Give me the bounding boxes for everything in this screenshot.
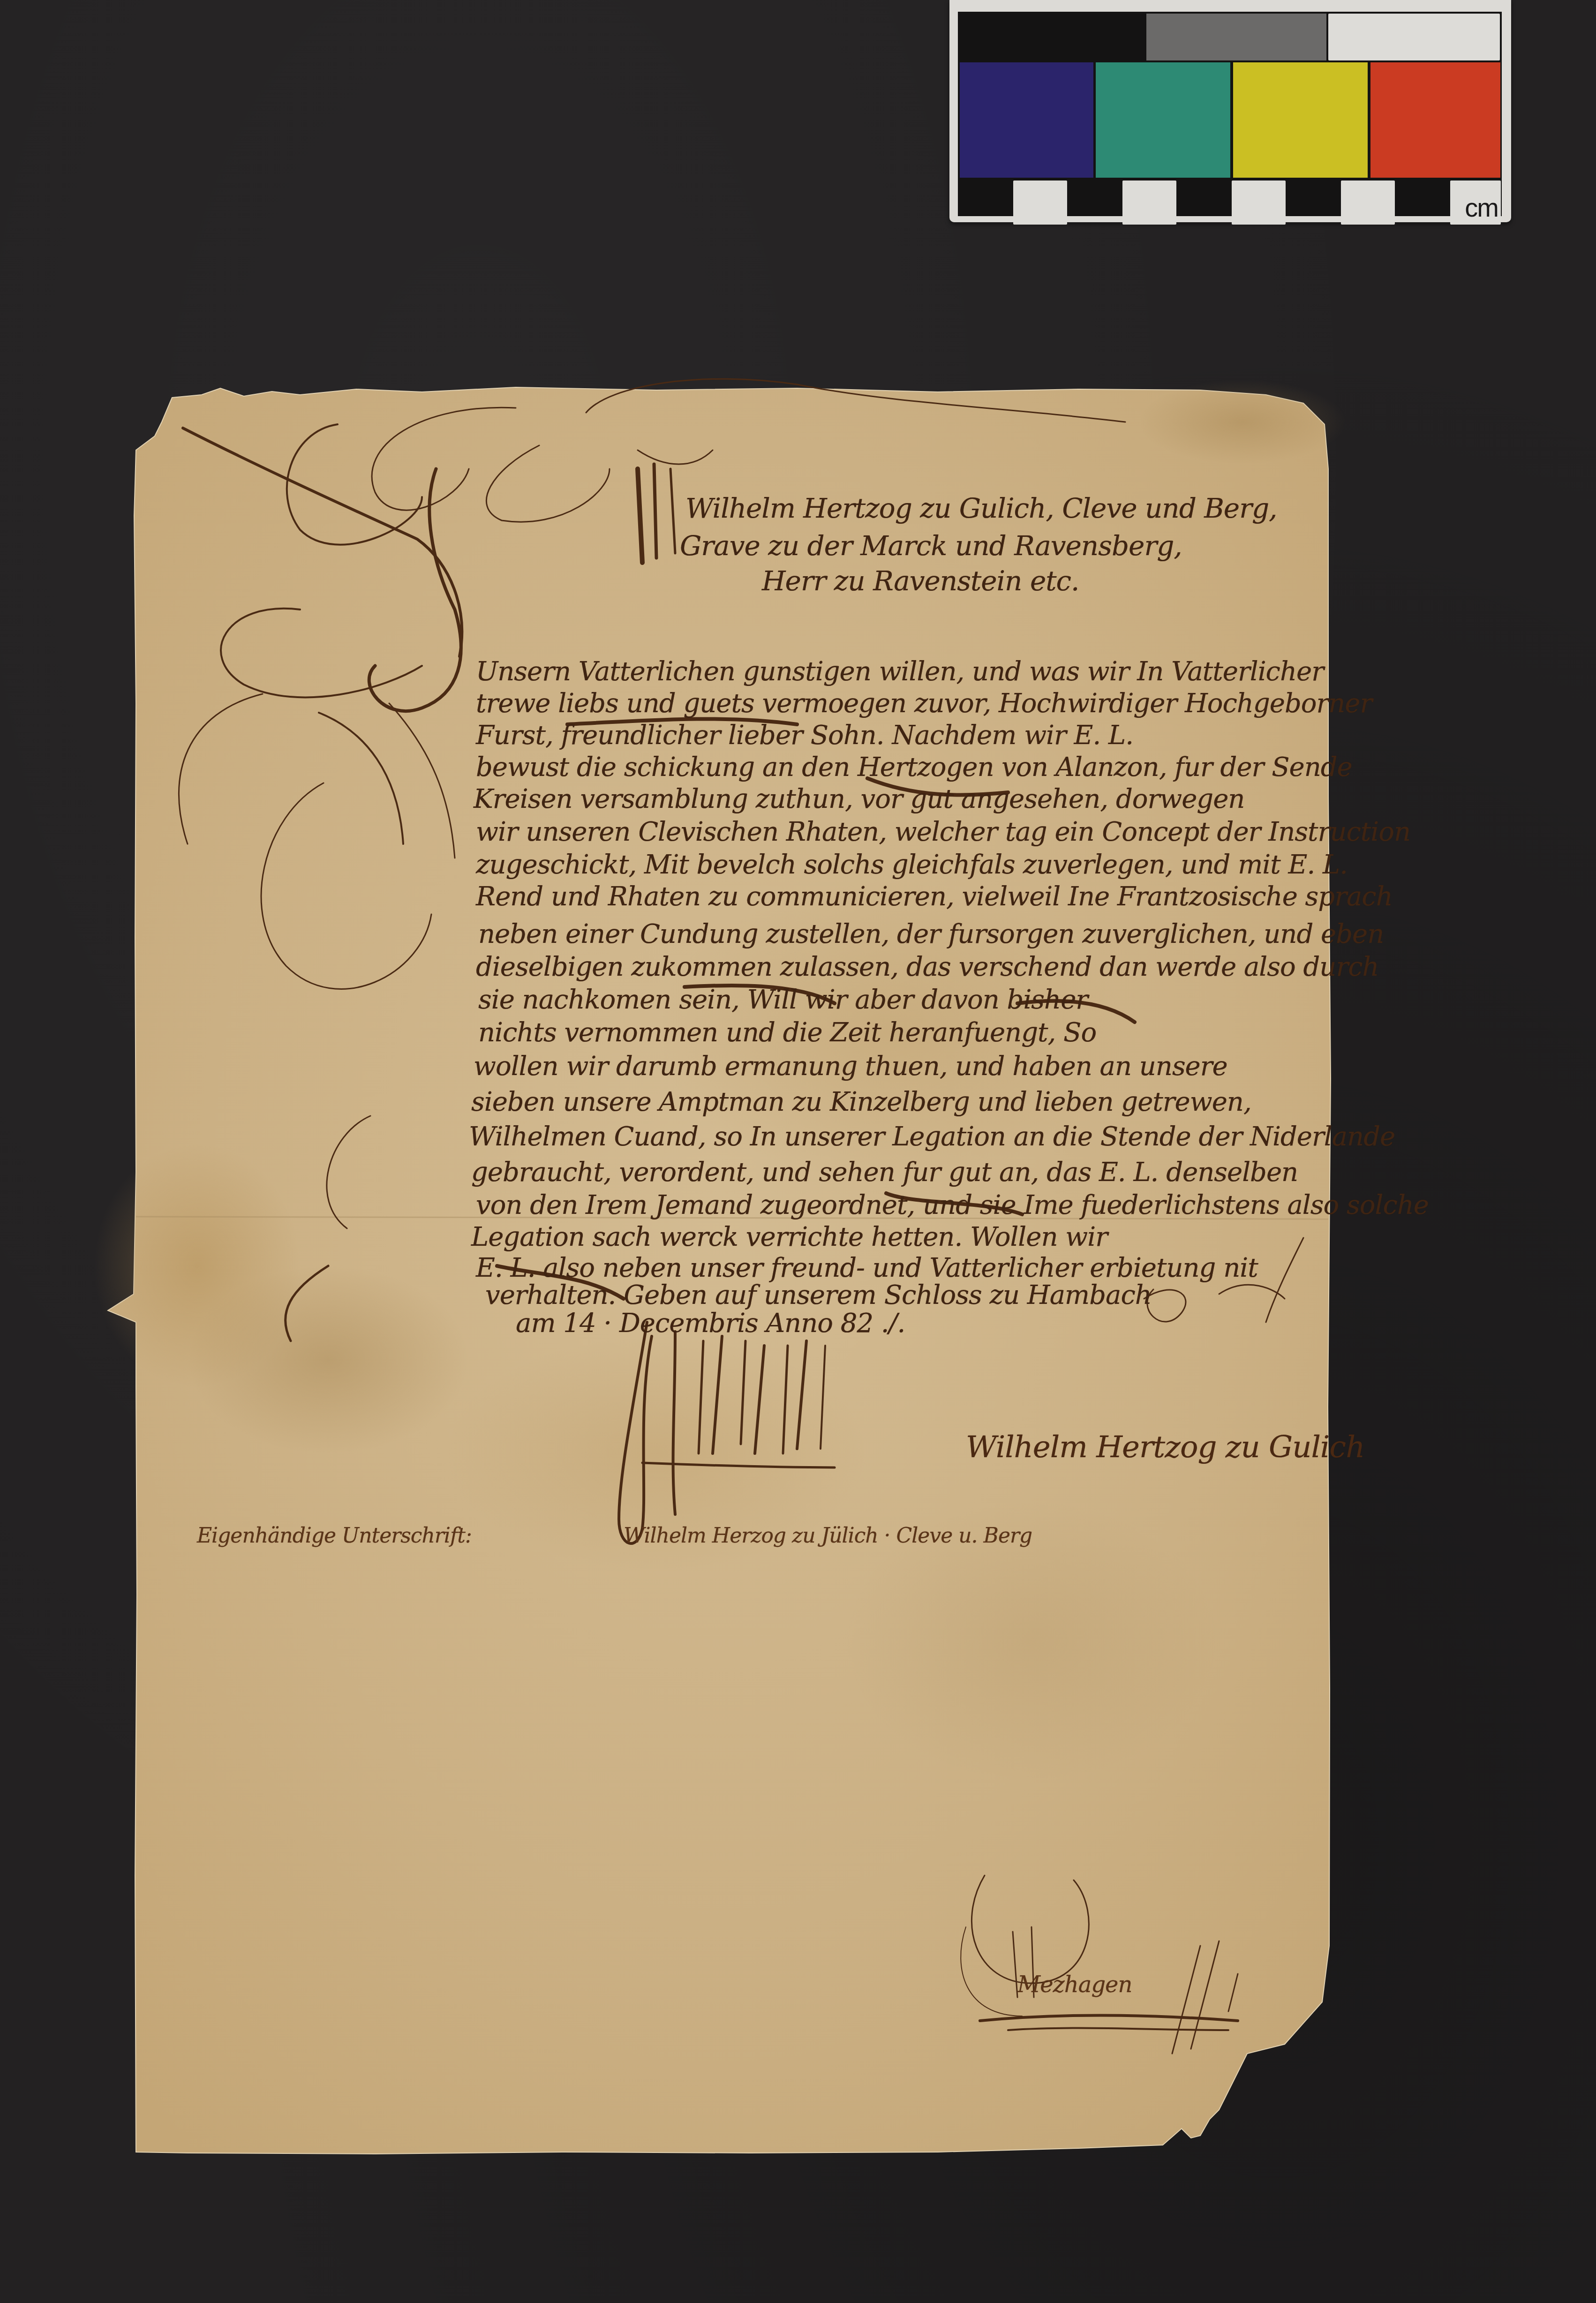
body-line: Unsern Vatterlichen gunstigen willen, un…	[476, 656, 1324, 687]
body-line: gebraucht, verordent, und sehen fur gut …	[471, 1157, 1298, 1188]
body-line: trewe liebs und guets vermoegen zuvor, H…	[476, 688, 1372, 719]
body-line: Kreisen versamblung zuthun, vor gut ange…	[474, 784, 1244, 814]
header-line-lordship: Herr zu Ravenstein etc.	[762, 565, 1079, 597]
body-line: bewust die schickung an den Hertzogen vo…	[476, 752, 1352, 783]
body-line: wollen wir darumb ermanung thuen, und ha…	[474, 1051, 1227, 1082]
annotation-autograph-note: Eigenhändige Unterschrift:	[197, 1524, 472, 1548]
body-line: sieben unsere Amptman zu Kinzelberg und …	[471, 1087, 1251, 1117]
body-line: Furst, freundlicher lieber Sohn. Nachdem…	[476, 720, 1133, 751]
document-sheet: Wilhelm Hertzog zu Gulich, Cleve und Ber…	[0, 0, 1596, 2303]
annotation-signatory-name: Wilhelm Herzog zu Jülich · Cleve u. Berg	[624, 1524, 1032, 1548]
ducal-signature: Wilhelm Hertzog zu Gulich	[966, 1430, 1364, 1465]
date-line: am 14 · Decembris Anno 82 ./.	[516, 1308, 905, 1339]
body-line: dieselbigen zukommen zulassen, das versc…	[476, 952, 1379, 982]
body-line: sie nachkomen sein, Will wir aber davon …	[478, 985, 1088, 1015]
secretary-signature: Mezhagen	[1017, 1972, 1132, 1998]
body-line: verhalten. Geben auf unserem Schloss zu …	[485, 1280, 1152, 1310]
body-line: E. L. also neben unser freund- und Vatte…	[476, 1253, 1258, 1283]
body-line: neben einer Cundung zustellen, der furso…	[478, 919, 1384, 949]
body-line: Wilhelmen Cuand, so In unserer Legation …	[469, 1121, 1395, 1152]
body-line: nichts vernommen und die Zeit heranfueng…	[478, 1017, 1096, 1048]
body-line: zugeschickt, Mit bevelch solchs gleichfa…	[476, 850, 1348, 880]
header-line-title: Wilhelm Hertzog zu Gulich, Cleve und Ber…	[685, 492, 1277, 524]
body-line: Legation sach werck verrichte hetten. Wo…	[471, 1222, 1107, 1252]
body-line: von den Irem Jemand zugeordnet, und sie …	[476, 1190, 1429, 1220]
body-line: Rend und Rhaten zu communicieren, vielwe…	[476, 881, 1393, 912]
body-line: wir unseren Clevischen Rhaten, welcher t…	[476, 817, 1410, 847]
header-line-county: Grave zu der Marck und Ravensberg,	[680, 530, 1182, 562]
